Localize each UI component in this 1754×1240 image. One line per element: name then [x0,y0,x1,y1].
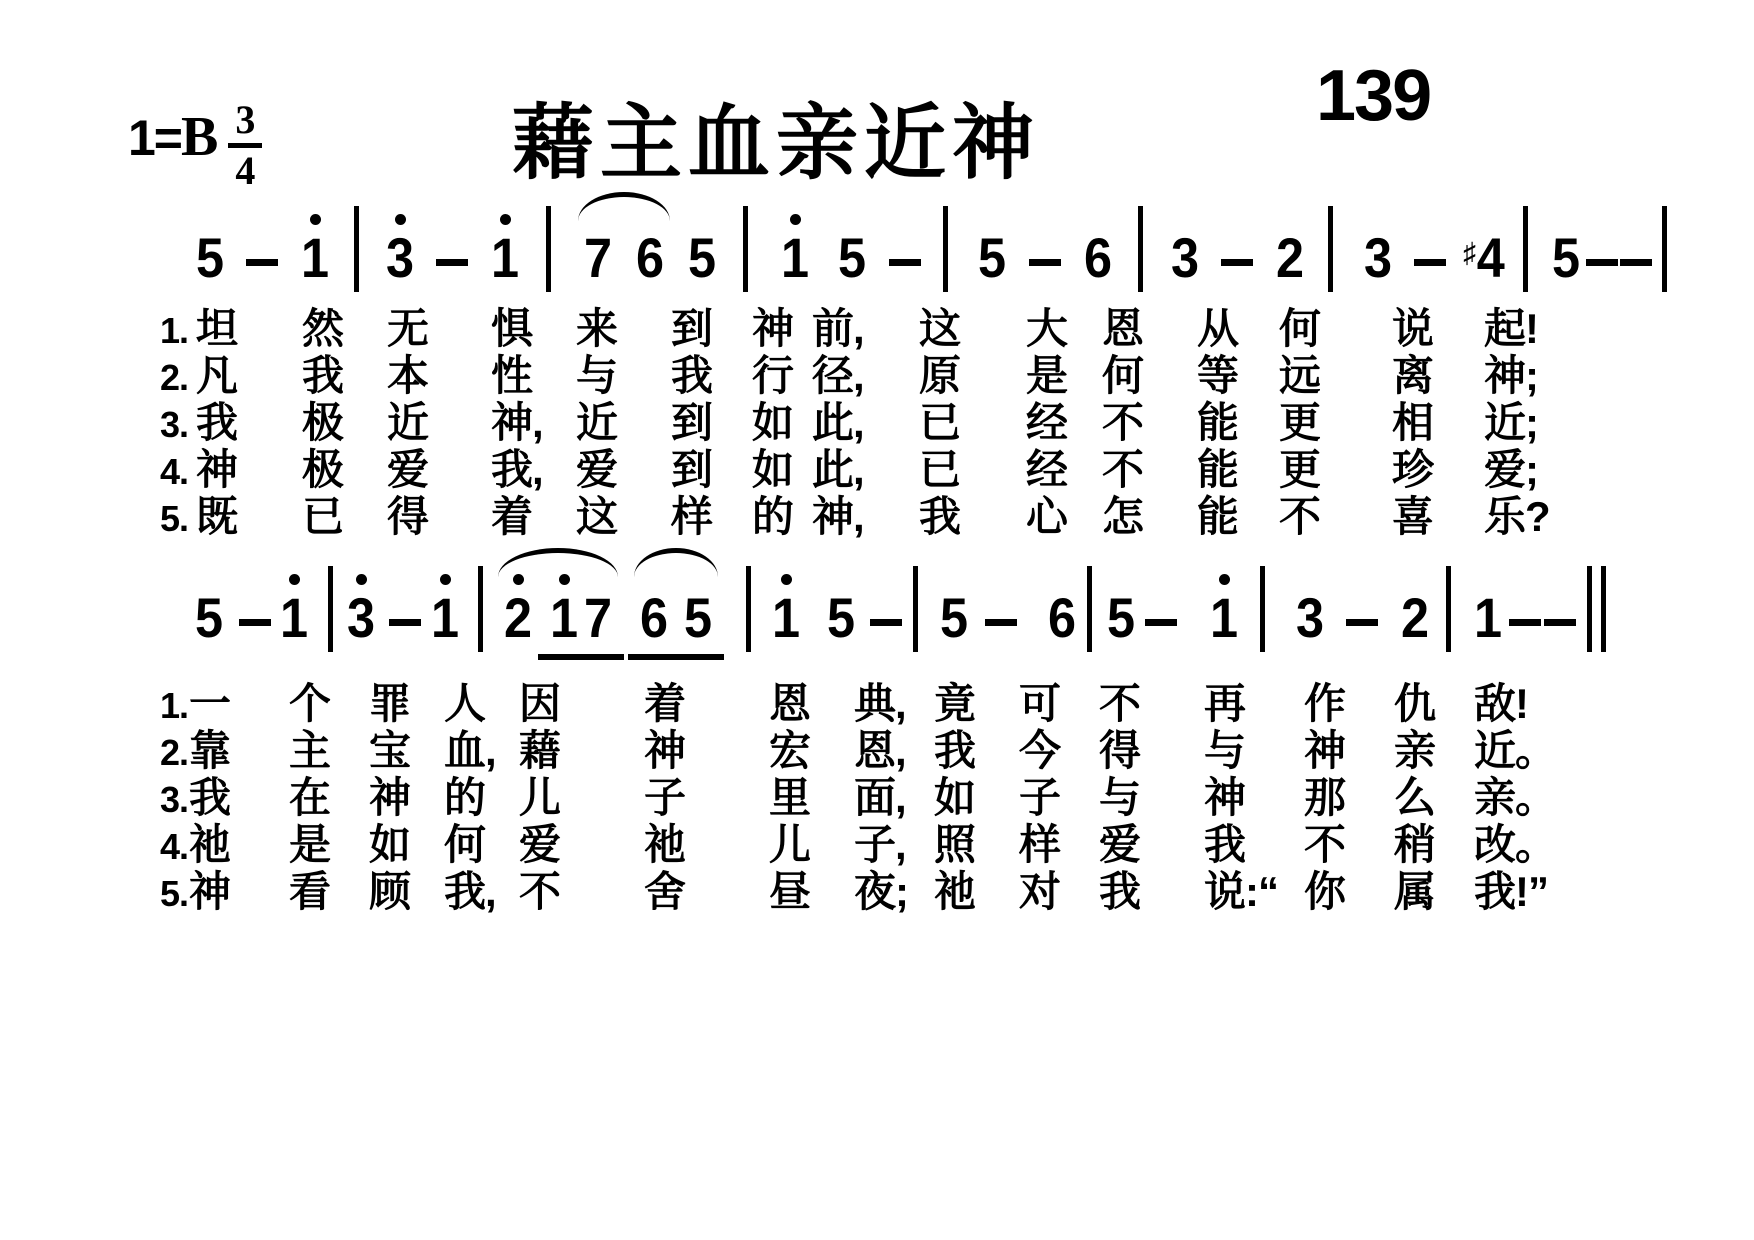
barline [746,566,751,652]
lyric-syllable: 不 [1279,496,1320,538]
verse-number: 4. [128,829,188,865]
final-barline [1587,566,1592,652]
lyric-syllable: 大 [1026,308,1067,350]
note: 5 [978,230,1006,286]
lyric-syllable: 稍 [1394,824,1435,866]
lyric-syllable: 何 [1102,355,1143,397]
beam [538,654,624,660]
verse-number: 2. [128,735,188,771]
note: 2 [1401,590,1429,646]
note: 5 [196,230,224,286]
lyric-syllable: 这 [919,308,960,350]
lyric-syllable: 已 [919,402,960,444]
lyric-syllable: 我, [444,871,496,913]
lyric-syllable: 敌! [1474,683,1528,725]
time-signature-denominator: 4 [235,151,255,191]
lyric-syllable: 爱 [387,449,428,491]
octave-dot [513,574,524,585]
lyric-syllable: 个 [289,683,330,725]
lyric-syllable: 样 [671,496,712,538]
lyric-syllable: 祂 [934,871,975,913]
lyric-syllable: 不 [1102,449,1143,491]
note: 1 [772,590,800,646]
lyric-syllable: 极 [302,449,343,491]
lyric-syllable: 看 [289,871,330,913]
lyric-syllable: 么 [1394,777,1435,819]
lyric-syllable: 能 [1197,449,1238,491]
barline [478,566,483,652]
lyric-syllable: 不 [519,871,560,913]
note: 3 [1364,230,1392,286]
verse-number: 1. [128,688,188,724]
note: 6 [636,230,664,286]
octave-dot [289,574,300,585]
lyric-syllable: 宏 [769,730,810,772]
duration-dash [1346,619,1378,626]
lyric-syllable: 人 [444,683,485,725]
lyric-syllable: 喜 [1392,496,1433,538]
note: 6 [640,590,668,646]
lyric-syllable: 原 [919,355,960,397]
lyric-syllable: 我 [1099,871,1140,913]
lyric-syllable: 何 [1279,308,1320,350]
note: 3 [386,230,414,286]
verse-number: 5. [128,876,188,912]
lyric-syllable: 是 [1026,355,1067,397]
duration-dash [889,259,921,266]
lyric-syllable: 坦 [196,308,237,350]
lyric-syllable: 顾 [369,871,410,913]
duration-dash [436,259,468,266]
key-prefix: 1= [128,110,181,166]
lyric-syllable: 经 [1026,449,1067,491]
lyric-syllable: 更 [1279,402,1320,444]
lyric-syllable: 我!” [1474,871,1548,913]
slur [578,192,670,221]
lyric-syllable: 我, [491,449,543,491]
note: 5 [688,230,716,286]
lyric-syllable: 与 [1099,777,1140,819]
octave-dot [395,214,406,225]
lyric-syllable: 我 [934,730,975,772]
lyric-syllable: 可 [1019,683,1060,725]
lyric-syllable: 神 [1304,730,1345,772]
key-time-signature: 1=B 3 4 [128,112,262,191]
lyric-syllable: 我 [919,496,960,538]
lyric-syllable: 与 [1204,730,1245,772]
barline [1328,206,1333,292]
lyric-syllable: 爱; [1484,449,1538,491]
lyric-syllable: 昼 [769,871,810,913]
lyric-syllable: 祂 [189,824,230,866]
lyric-syllable: 宝 [369,730,410,772]
note: ♯4 [1463,230,1505,286]
lyric-syllable: 这 [576,496,617,538]
lyric-syllable: 起! [1484,308,1538,350]
final-barline [1601,566,1606,652]
lyric-syllable: 祂 [644,824,685,866]
lyric-syllable: 改。 [1474,824,1556,866]
lyric-syllable: 神 [196,449,237,491]
verse-number: 3. [128,407,188,443]
lyric-syllable: 的 [444,777,485,819]
lyric-syllable: 在 [289,777,330,819]
lyric-syllable: 我 [189,777,230,819]
lyric-syllable: 的 [752,496,793,538]
lyric-syllable: 珍 [1392,449,1433,491]
lyric-syllable: 恩, [854,730,906,772]
lyric-syllable: 着 [644,683,685,725]
lyric-syllable: 近 [576,402,617,444]
lyric-syllable: 如 [752,449,793,491]
lyric-syllable: 极 [302,402,343,444]
duration-dash [1029,259,1061,266]
duration-dash [239,619,271,626]
lyric-syllable: 与 [576,355,617,397]
note: 1 [550,590,578,646]
octave-dot [790,214,801,225]
verse-number: 2. [128,360,188,396]
lyric-syllable: 血, [444,730,496,772]
lyric-syllable: 说 [1392,308,1433,350]
lyric-syllable: 再 [1204,683,1245,725]
key-signature: 1=B [128,112,216,163]
lyric-syllable: 如 [369,824,410,866]
lyric-syllable: 性 [491,355,532,397]
lyric-syllable: 神; [1484,355,1538,397]
lyric-syllable: 儿 [519,777,560,819]
note: 1 [781,230,809,286]
verse-number: 5. [128,501,188,537]
lyric-syllable: 心 [1026,496,1067,538]
lyric-syllable: 到 [671,308,712,350]
lyric-syllable: 子, [854,824,906,866]
lyric-syllable: 照 [934,824,975,866]
note: 1 [431,590,459,646]
duration-dash [1221,259,1253,266]
lyric-syllable: 子 [1019,777,1060,819]
lyric-syllable: 然 [302,308,343,350]
sharp-icon: ♯ [1463,237,1476,268]
note: 6 [1084,230,1112,286]
lyric-syllable: 怎 [1102,496,1143,538]
lyric-syllable: 已 [919,449,960,491]
lyric-syllable: 那 [1304,777,1345,819]
time-signature-numerator: 3 [235,100,255,140]
barline [743,206,748,292]
note: 5 [1107,590,1135,646]
lyric-syllable: 爱 [1099,824,1140,866]
lyric-syllable: 因 [519,683,560,725]
lyric-syllable: 前, [812,308,864,350]
lyric-syllable: 你 [1304,871,1345,913]
lyric-syllable: 本 [387,355,428,397]
lyric-syllable: 里 [769,777,810,819]
lyric-syllable: 如 [934,777,975,819]
lyric-syllable: 经 [1026,402,1067,444]
note: 1 [301,230,329,286]
note: 2 [1276,230,1304,286]
lyric-syllable: 更 [1279,449,1320,491]
duration-dash [1414,259,1446,266]
lyric-syllable: 相 [1392,402,1433,444]
lyric-syllable: 面, [854,777,906,819]
note: 1 [491,230,519,286]
lyric-syllable: 爱 [519,824,560,866]
note: 3 [1296,590,1324,646]
verse-number: 4. [128,454,188,490]
lyric-syllable: 此, [812,449,864,491]
lyric-syllable: 来 [576,308,617,350]
octave-dot [310,214,321,225]
note: 3 [347,590,375,646]
duration-dash [1620,259,1652,266]
lyric-syllable: 藉 [519,730,560,772]
lyric-syllable: 径, [812,355,864,397]
octave-dot [781,574,792,585]
hymn-number: 139 [1316,60,1430,132]
lyric-syllable: 竟 [934,683,975,725]
duration-dash [1145,619,1177,626]
note: 5 [827,590,855,646]
note: 2 [504,590,532,646]
lyric-syllable: 神 [369,777,410,819]
barline [354,206,359,292]
lyric-syllable: 何 [444,824,485,866]
lyric-syllable: 到 [671,449,712,491]
note: 1 [1474,590,1502,646]
duration-dash [1509,619,1541,626]
lyric-syllable: 不 [1304,824,1345,866]
note: 6 [1048,590,1076,646]
lyric-syllable: 能 [1197,402,1238,444]
barline [1087,566,1092,652]
lyric-syllable: 我 [302,355,343,397]
lyric-syllable: 对 [1019,871,1060,913]
lyric-syllable: 近; [1484,402,1538,444]
verse-number: 1. [128,313,188,349]
lyric-syllable: 近。 [1474,730,1556,772]
lyric-syllable: 神 [189,871,230,913]
lyric-syllable: 亲。 [1474,777,1556,819]
lyric-syllable: 神 [752,308,793,350]
lyric-syllable: 我 [671,355,712,397]
octave-dot [440,574,451,585]
slur [498,548,618,577]
octave-dot [1219,574,1230,585]
note: 1 [1210,590,1238,646]
lyric-syllable: 爱 [576,449,617,491]
lyric-syllable: 典, [854,683,906,725]
lyric-syllable: 不 [1099,683,1140,725]
lyric-syllable: 样 [1019,824,1060,866]
lyric-syllable: 无 [387,308,428,350]
barline [546,206,551,292]
lyric-syllable: 我 [1204,824,1245,866]
lyric-syllable: 等 [1197,355,1238,397]
note: 7 [584,590,612,646]
lyric-syllable: 从 [1197,308,1238,350]
lyric-syllable: 惧 [491,308,532,350]
barline [328,566,333,652]
lyric-syllable: 离 [1392,355,1433,397]
lyric-syllable: 着 [491,496,532,538]
lyric-syllable: 舍 [644,871,685,913]
note: 3 [1171,230,1199,286]
time-signature: 3 4 [228,100,262,191]
lyric-syllable: 不 [1102,402,1143,444]
lyric-syllable: 行 [752,355,793,397]
barline [1523,206,1528,292]
lyric-syllable: 到 [671,402,712,444]
lyric-syllable: 如 [752,402,793,444]
note: 5 [838,230,866,286]
lyric-syllable: 神, [812,496,864,538]
lyric-syllable: 恩 [769,683,810,725]
duration-dash [1586,259,1618,266]
barline [943,206,948,292]
lyric-syllable: 凡 [196,355,237,397]
octave-dot [500,214,511,225]
lyric-syllable: 能 [1197,496,1238,538]
lyric-syllable: 今 [1019,730,1060,772]
octave-dot [559,574,570,585]
duration-dash [870,619,902,626]
barline [1138,206,1143,292]
lyric-syllable: 子 [644,777,685,819]
lyric-syllable: 仇 [1394,683,1435,725]
lyric-syllable: 夜; [854,871,908,913]
key-note: B [181,106,216,168]
beam [628,654,724,660]
lyric-syllable: 主 [289,730,330,772]
lyric-syllable: 得 [1099,730,1140,772]
lyric-syllable: 我 [196,402,237,444]
lyric-syllable: 靠 [189,730,230,772]
lyric-syllable: 既 [196,496,237,538]
duration-dash [389,619,421,626]
lyric-syllable: 远 [1279,355,1320,397]
note: 7 [584,230,612,286]
lyric-syllable: 神 [644,730,685,772]
hymn-sheet: 1=B 3 4 藉主血亲近神 139 51317651556323♯45 1.坦… [0,0,1754,1240]
lyric-syllable: 亲 [1394,730,1435,772]
lyric-syllable: 一 [189,683,230,725]
octave-dot [356,574,367,585]
lyric-syllable: 是 [289,824,330,866]
barline [1260,566,1265,652]
note: 5 [1552,230,1580,286]
lyric-syllable: 乐? [1484,496,1550,538]
barline [1446,566,1451,652]
duration-dash [1544,619,1576,626]
lyric-syllable: 罪 [369,683,410,725]
lyric-syllable: 属 [1394,871,1435,913]
lyric-syllable: 恩 [1102,308,1143,350]
note: 5 [195,590,223,646]
note: 5 [684,590,712,646]
page-title: 藉主血亲近神 [512,103,1040,185]
duration-dash [985,619,1017,626]
lyric-syllable: 作 [1304,683,1345,725]
duration-dash [246,259,278,266]
lyric-syllable: 此, [812,402,864,444]
slur [634,548,718,577]
lyric-syllable: 神, [491,402,543,444]
lyric-syllable: 近 [387,402,428,444]
lyric-syllable: 说:“ [1204,871,1278,913]
lyric-syllable: 已 [302,496,343,538]
barline [913,566,918,652]
note: 5 [940,590,968,646]
barline [1662,206,1667,292]
lyric-syllable: 儿 [769,824,810,866]
lyric-syllable: 得 [387,496,428,538]
verse-number: 3. [128,782,188,818]
note: 1 [280,590,308,646]
lyric-syllable: 神 [1204,777,1245,819]
